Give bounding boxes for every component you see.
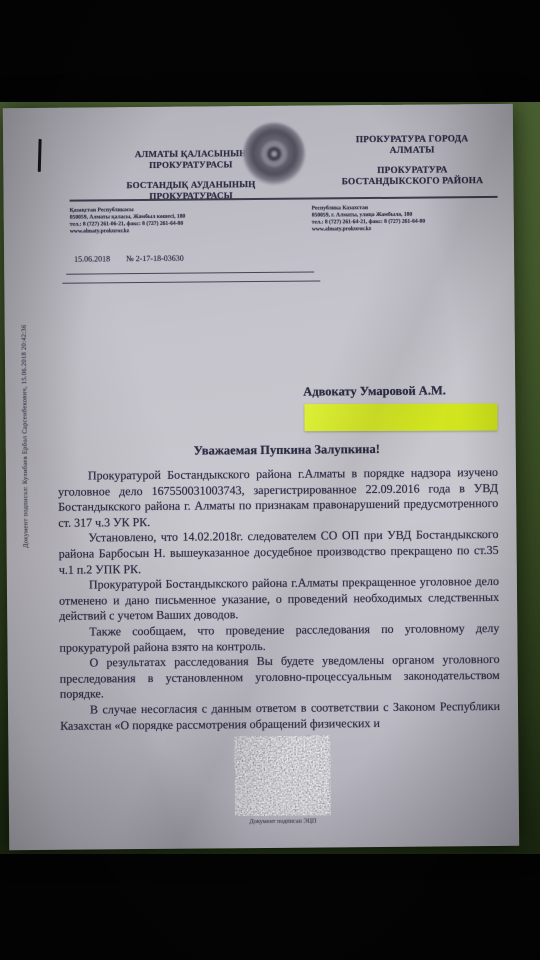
reference-underline-2 (62, 280, 320, 284)
letterhead-kazakh-line: ПРОКУРАТУРАСЫ (149, 159, 232, 170)
letterhead-russian-line: БОСТАНДЫКСКОГО РАЙОНА (342, 176, 483, 187)
reference-line: 15.06.2018 № 2-17-18-03630 (74, 254, 198, 264)
letter-body: Прокуратурой Бостандыкского района г.Алм… (58, 465, 500, 734)
letter-date: 15.06.2018 (74, 254, 110, 263)
body-paragraph: О результатах расследования Вы будете ув… (60, 652, 500, 703)
salutation-line: Уважаемая Пупкина Залупкина! (102, 441, 472, 459)
barcode-caption: Документ подписан ЭЦП (221, 817, 345, 825)
contact-line: www.almaty.prokuror.kz (70, 227, 290, 236)
letterhead-kazakh-line: АЛМАТЫ ҚАЛАСЫНЫҢ (135, 148, 247, 159)
letterhead-russian-line: ПРОКУРАТУРА ГОРОДА (356, 134, 469, 145)
side-signature-note: Документ подписал: Кулибаев Ербол Сарсен… (20, 286, 37, 586)
page-content: Документ подписал: Кулибаев Ербол Сарсен… (3, 104, 519, 850)
body-paragraph: Установлено, что 14.02.2018г. следовател… (58, 527, 498, 578)
letter-number: № 2-17-18-03630 (126, 254, 184, 264)
yellow-highlight-marker (304, 403, 497, 431)
staple-mark (38, 139, 42, 172)
reference-underline (66, 272, 314, 276)
contacts-russian: Республика Казахстан 050059, г. Алматы, … (312, 204, 507, 234)
body-paragraph: В случае несогласия с данным ответом в с… (60, 699, 500, 734)
body-paragraph: Также сообщаем, что проведение расследов… (59, 621, 499, 656)
body-paragraph: Прокуратурой Бостандыкского района г.Алм… (58, 465, 499, 531)
document-page: Документ подписал: Кулибаев Ербол Сарсен… (3, 104, 519, 850)
letterhead-russian-line: АЛМАТЫ (390, 145, 435, 155)
contacts-kazakh: Қазақстан Республикасы 050059, Алматы қа… (70, 206, 290, 236)
addressee-line: Адвокату Умаровой А.М. (303, 383, 503, 400)
contact-line: www.almaty.prokuror.kz (312, 225, 507, 234)
body-paragraph: Прокуратурой Бостандыкского района г.Алм… (59, 574, 499, 625)
kazakhstan-emblem-icon (241, 121, 308, 188)
letterhead-russian-line: ПРОКУРАТУРА (377, 165, 447, 176)
digital-signature-barcode (234, 735, 331, 816)
document-photo: Документ подписал: Кулибаев Ербол Сарсен… (0, 0, 540, 960)
letterhead-russian: ПРОКУРАТУРА ГОРОДА АЛМАТЫ ПРОКУРАТУРА БО… (323, 134, 501, 189)
letterhead-kazakh-line: БОСТАНДЫҚ АУДАНЫНЫҢ (126, 179, 255, 190)
